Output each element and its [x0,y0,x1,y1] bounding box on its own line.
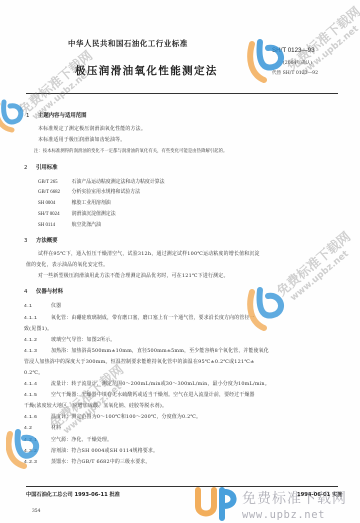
paragraph-line: 值的变化，表示油品的氧化安定性。 [26,261,108,268]
page-number: 354 [32,509,40,514]
clause-4-2-1: 4.2.1空气源：净化、干燥处理。 [24,436,112,443]
document-page: 中华人民共和国石油化工行业标准 极压润滑油氧化性能测定法 SH/T 0123—9… [0,0,360,523]
clause-continuation: 0.2℃。 [24,369,43,376]
clause-4-1-6: 4.1.6温度计：测定范围为0～100℃和100～200℃，分度值为0.2℃。 [24,413,201,420]
clause-4-2: 4.2材料 [24,424,61,431]
reference-item: GB/T 265 石油产品运动粘度测定法和动力粘度计算法 [38,178,165,185]
clause-4-1: 4.1仪器 [24,302,61,309]
reference-item: SH 0004 橡胶工业用溶剂油 [38,199,111,206]
section-number: 4 [24,289,36,295]
implementation-date: 1994-06-01 实施 [297,491,342,498]
confirmation-year: (2004年确认) [283,60,312,66]
up-logo-icon [246,36,286,86]
clause-4-1-5: 4.1.5空气干燥器：干燥器中填有无水硫酸钙或适当干燥剂。空气在进入流量计前，要… [24,391,255,398]
section-4-heading: 4仪器与材料 [24,287,63,295]
replaces-standard: 代替 SH/T 0123—92 [272,70,318,76]
section-title: 方法概要 [36,238,58,244]
note: 注：按本标准测得的润滑油的变化不一定都与润滑油的氧化有关，有些变化可能是由热降解… [34,148,227,154]
approval-info: 中国石油化工总公司 1993-06-11 批准 [26,491,120,498]
brand-logo-icon [192,486,242,522]
section-2-heading: 2引用标准 [24,163,58,171]
clause-continuation: 管浸人加热浴中的深度大于300mm。恒温控制要求能维持氧化管中的油温在95℃±0… [24,358,254,365]
section-1-heading: 1主题内容与适用范围 [26,111,87,119]
reference-item: SH 0114 航空洗涤汽油 [38,221,101,228]
footer-divider [26,486,338,487]
paragraph-line: 试样在95℃下，通入恒压干燥清空气，试验312h，通过测定试样100℃运动粘度的… [38,250,260,257]
clause-continuation: 致(见图1)。 [24,325,52,332]
clause-4-1-3: 4.1.3加热浴：加热浴高500mm±10mm，直径500mm±5mm，至少能容… [24,347,269,354]
up-logo-icon [246,284,286,334]
standard-code: SH/T 0123—93 [272,47,315,54]
section-title: 主题内容与适用范围 [38,113,87,119]
issuing-organization: 中华人民共和国石油化工行业标准 [68,38,188,49]
document-title: 极压润滑油氧化性能测定法 [75,63,218,78]
clause-4-1-4: 4.1.4流量计：转子流量计，测定范围0～200mL/min或30～300mL/… [24,380,270,387]
section-title: 引用标准 [36,165,58,171]
section-number: 2 [24,165,36,171]
section-number: 1 [26,113,38,119]
section-3-heading: 3方法概要 [24,236,58,244]
header-divider [26,93,338,94]
paragraph-line: 对一些新型极压润滑油用此方法不能合理测定油品优劣时，可在121℃下进行测定。 [38,272,229,279]
section-number: 3 [24,238,36,244]
up-logo-icon [0,98,24,138]
section-title: 仪器与材料 [36,289,63,295]
clause-4-1-2: 4.1.2玻璃空气导管：如图2所示。 [24,336,115,343]
clause-4-2-3: 4.2.3蒸馏水：符合GB/T 6682中的三级水要求。 [24,458,150,465]
paragraph: 本标准适用于极压润滑油如齿轮油等。 [38,136,125,143]
reference-item: SH/T 0024 润滑油沉淀值测定法 [38,210,116,217]
reference-item: GB/T 6682 分析实验室用水规格和试验方法 [38,188,140,195]
paragraph: 本标准规定了测定极压润滑油氧化性能的方法。 [38,125,146,132]
brand-url: www.upbz.net [242,509,347,521]
watermark-text: 免费标准下载网 www.upbz.net [272,226,360,307]
clause-4-2-2: 4.2.2溶剂油：符合SH 0004或SH 0114规格要求。 [24,447,158,454]
clause-continuation: 干燥(浓度较大地区，应增加硫酸、氢氧化钠、硅胶等脱水剂)。 [24,402,167,409]
clause-4-1-1: 4.1.1氧化管：由硼硅玻璃制成，带有磨口塞，磨口塞上有一个通气管，要求沿长度方… [24,314,255,321]
